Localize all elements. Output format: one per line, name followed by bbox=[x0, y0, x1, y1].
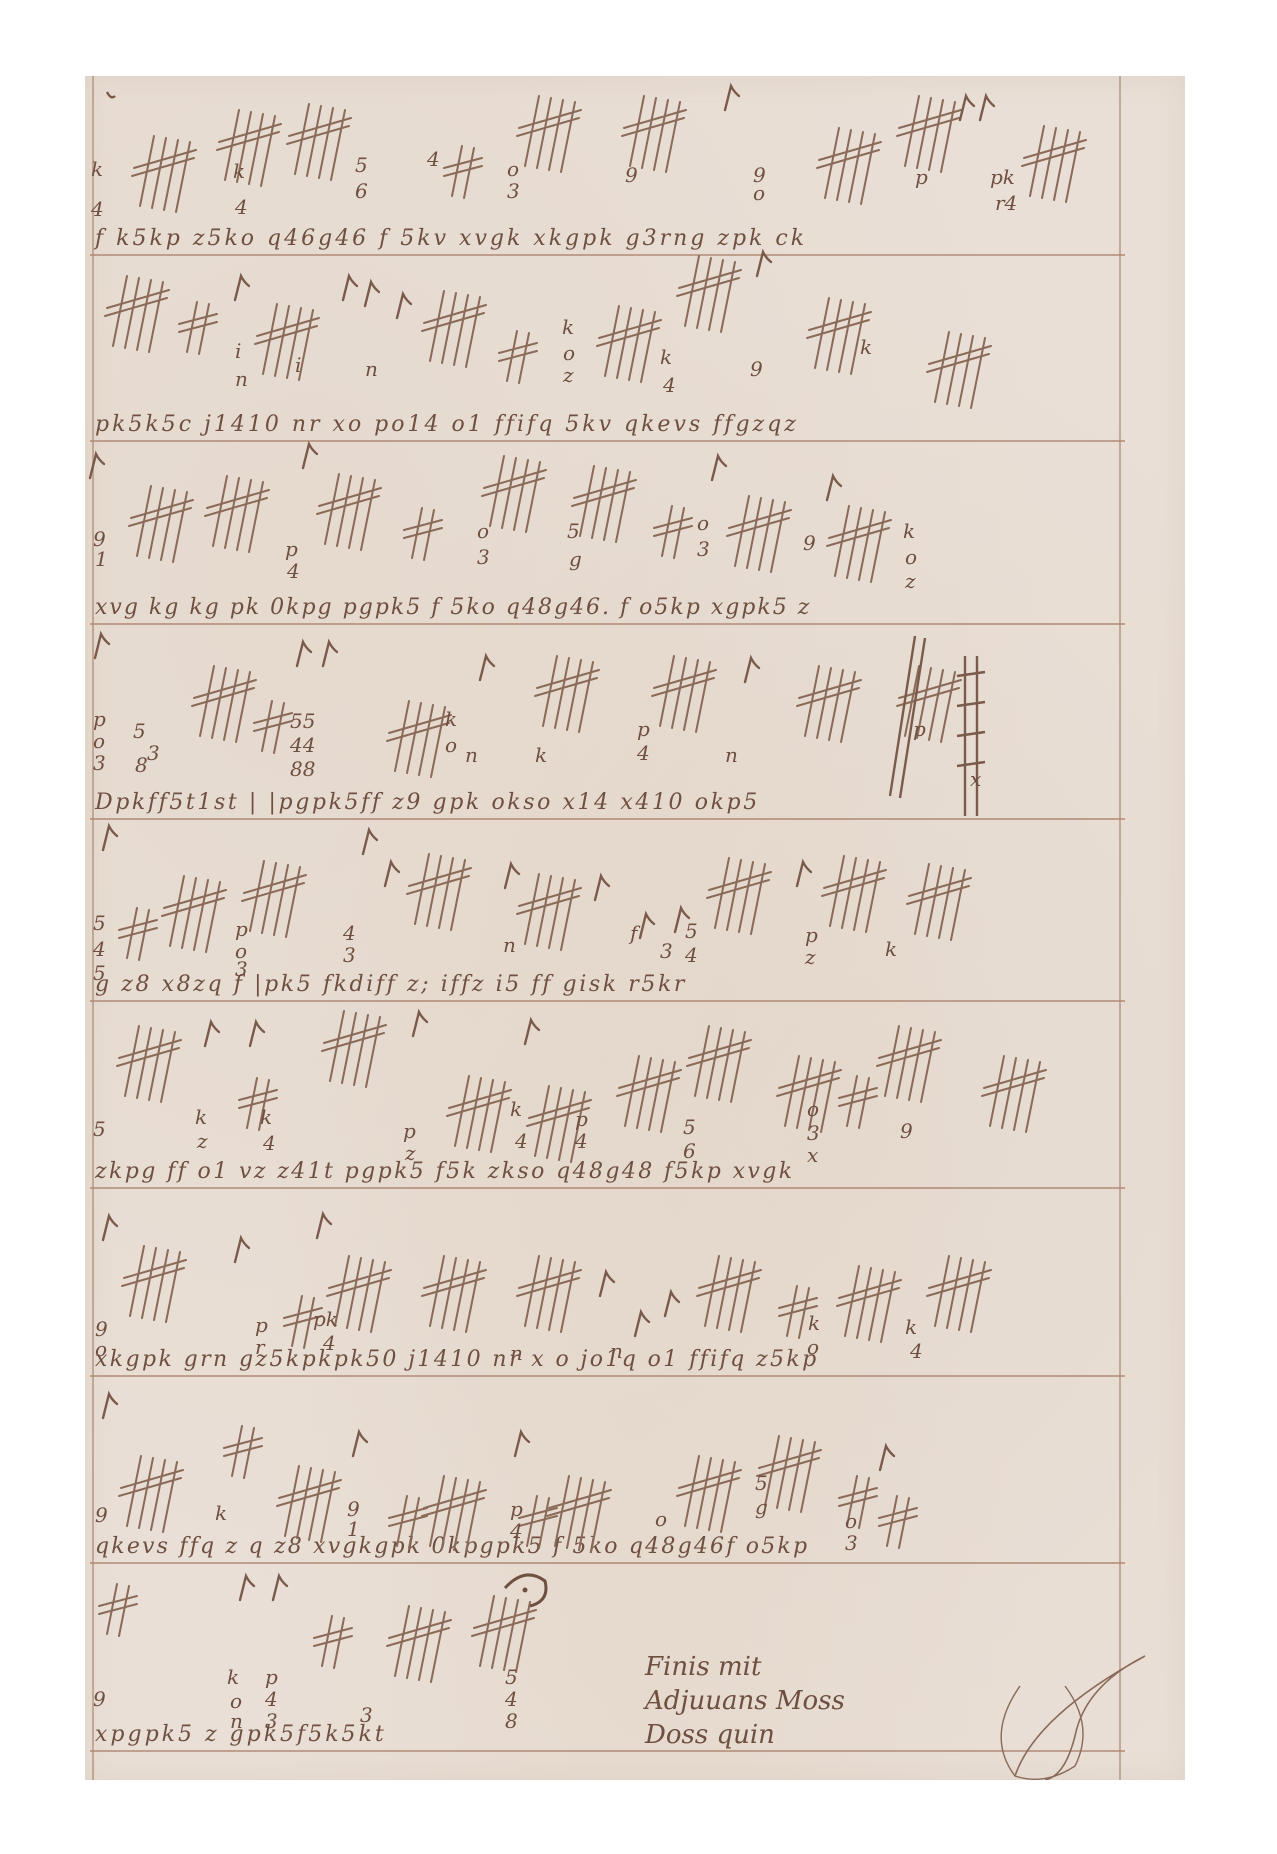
svg-text:z: z bbox=[562, 363, 574, 387]
svg-text:z: z bbox=[804, 945, 816, 969]
svg-text:x: x bbox=[970, 767, 981, 791]
svg-text:1: 1 bbox=[95, 547, 108, 571]
svg-text:o: o bbox=[477, 519, 489, 543]
manuscript-page: f k5kp z5ko q46g46 f 5kv xvgk xkgpk g3rn… bbox=[85, 76, 1185, 1780]
svg-text:z: z bbox=[904, 569, 916, 593]
system-2-flags: in i n koz k4 9 k bbox=[105, 252, 991, 408]
svg-text:r: r bbox=[255, 1335, 266, 1359]
svg-text:55: 55 bbox=[290, 709, 315, 733]
svg-text:5: 5 bbox=[683, 1115, 696, 1139]
svg-text:n: n bbox=[465, 743, 478, 767]
svg-text:n: n bbox=[725, 743, 738, 767]
svg-text:88: 88 bbox=[290, 757, 315, 781]
svg-text:k: k bbox=[860, 335, 872, 359]
svg-text:6: 6 bbox=[355, 179, 368, 203]
svg-text:z: z bbox=[196, 1129, 208, 1153]
svg-text:5: 5 bbox=[505, 1665, 518, 1689]
svg-text:9: 9 bbox=[803, 531, 816, 555]
svg-text:pk: pk bbox=[313, 1307, 338, 1331]
svg-text:p: p bbox=[913, 717, 926, 741]
svg-text:3: 3 bbox=[845, 1531, 858, 1555]
svg-text:5: 5 bbox=[133, 719, 146, 743]
colophon-line-2: Adjuuans Moss bbox=[645, 1684, 845, 1718]
svg-text:3: 3 bbox=[660, 939, 673, 963]
svg-text:n: n bbox=[503, 933, 516, 957]
svg-text:3: 3 bbox=[360, 1703, 373, 1727]
colophon-line-1: Finis mit bbox=[645, 1650, 845, 1684]
svg-text:x: x bbox=[807, 1143, 818, 1167]
svg-text:4: 4 bbox=[574, 1129, 588, 1153]
svg-text:k: k bbox=[233, 159, 245, 183]
svg-text:o: o bbox=[845, 1509, 857, 1533]
svg-text:4: 4 bbox=[684, 943, 698, 967]
svg-text:5: 5 bbox=[755, 1471, 768, 1495]
svg-text:5: 5 bbox=[93, 961, 106, 985]
svg-text:3: 3 bbox=[235, 957, 248, 981]
svg-text:4: 4 bbox=[636, 741, 650, 765]
svg-text:o: o bbox=[753, 181, 765, 205]
svg-text:k: k bbox=[227, 1665, 239, 1689]
system-5-flags: 545 po3 43 n f 354 pz k bbox=[92, 826, 971, 985]
svg-text:3: 3 bbox=[507, 179, 520, 203]
system-4-flags: po3 538 554488 kon k p4 n p x bbox=[93, 634, 985, 816]
svg-text:n: n bbox=[235, 367, 248, 391]
svg-text:o: o bbox=[95, 1337, 107, 1361]
system-3-flags: 91 p4 o3 5g o3 9 koz bbox=[90, 444, 917, 593]
svg-text:f: f bbox=[628, 921, 641, 945]
svg-text:5: 5 bbox=[355, 153, 368, 177]
svg-text:k: k bbox=[445, 707, 457, 731]
svg-text:o: o bbox=[507, 157, 519, 181]
svg-text:3: 3 bbox=[807, 1121, 820, 1145]
svg-text:n: n bbox=[610, 1339, 623, 1363]
svg-text:n: n bbox=[510, 1341, 523, 1365]
svg-text:4: 4 bbox=[286, 559, 300, 583]
system-9-flags: 9 kon p43 3 548 bbox=[93, 1575, 1145, 1780]
svg-text:k: k bbox=[660, 345, 672, 369]
svg-text:p: p bbox=[915, 165, 928, 189]
svg-text:p: p bbox=[637, 717, 650, 741]
svg-text:p: p bbox=[403, 1119, 416, 1143]
svg-text:z: z bbox=[404, 1141, 416, 1165]
system-8-flags: 9 k 91 p4 o 5g o3 bbox=[95, 1394, 917, 1555]
svg-text:k: k bbox=[260, 1105, 272, 1129]
svg-text:4: 4 bbox=[514, 1129, 528, 1153]
svg-text:k: k bbox=[535, 743, 547, 767]
svg-text:n: n bbox=[230, 1709, 243, 1733]
svg-text:k: k bbox=[562, 315, 574, 339]
svg-text:8: 8 bbox=[135, 753, 148, 777]
svg-text:r4: r4 bbox=[995, 191, 1017, 215]
svg-text:4: 4 bbox=[909, 1339, 923, 1363]
svg-text:p: p bbox=[575, 1107, 588, 1131]
svg-text:k: k bbox=[905, 1315, 917, 1339]
svg-text:k: k bbox=[885, 937, 897, 961]
svg-text:8: 8 bbox=[505, 1709, 518, 1733]
svg-text:g: g bbox=[569, 547, 582, 571]
svg-text:k: k bbox=[808, 1311, 820, 1335]
rhythm-flags-overlay: k4 k4 56 4 o3 9 9o p pkr4 bbox=[85, 76, 1185, 1780]
colophon-signature: Finis mit Adjuuans Moss Doss quin bbox=[645, 1650, 845, 1752]
svg-text:g: g bbox=[755, 1495, 768, 1519]
svg-text:3: 3 bbox=[265, 1709, 278, 1733]
svg-text:k: k bbox=[195, 1105, 207, 1129]
svg-text:p: p bbox=[255, 1313, 268, 1337]
svg-text:4: 4 bbox=[234, 195, 248, 219]
colophon-line-3: Doss quin bbox=[645, 1718, 845, 1752]
svg-text:4: 4 bbox=[504, 1687, 518, 1711]
system-6-flags: 5 kz k4 pz k4 p4 56 o3x 9 bbox=[93, 1011, 1046, 1167]
svg-text:k: k bbox=[510, 1097, 522, 1121]
svg-text:k: k bbox=[215, 1501, 227, 1525]
svg-text:4: 4 bbox=[262, 1131, 276, 1155]
svg-text:o: o bbox=[807, 1335, 819, 1359]
svg-text:4: 4 bbox=[509, 1519, 523, 1543]
svg-text:p: p bbox=[805, 923, 818, 947]
svg-text:o: o bbox=[655, 1507, 667, 1531]
svg-text:o: o bbox=[563, 341, 575, 365]
svg-text:1: 1 bbox=[347, 1517, 360, 1541]
svg-text:4: 4 bbox=[662, 373, 676, 397]
svg-text:i: i bbox=[295, 353, 301, 377]
svg-text:3: 3 bbox=[343, 943, 356, 967]
system-7-flags: 9o pr pk4 n n ko k4 bbox=[95, 1214, 991, 1365]
svg-text:4: 4 bbox=[342, 921, 356, 945]
svg-text:3: 3 bbox=[93, 751, 106, 775]
svg-text:i: i bbox=[235, 339, 241, 363]
svg-text:p: p bbox=[235, 917, 248, 941]
svg-text:pk: pk bbox=[990, 165, 1015, 189]
svg-text:o: o bbox=[905, 545, 917, 569]
svg-text:9: 9 bbox=[95, 1503, 108, 1527]
svg-text:5: 5 bbox=[567, 519, 580, 543]
svg-text:p: p bbox=[265, 1665, 278, 1689]
svg-text:p: p bbox=[93, 707, 106, 731]
svg-text:n: n bbox=[365, 357, 378, 381]
svg-text:o: o bbox=[445, 733, 457, 757]
svg-text:o: o bbox=[697, 511, 709, 535]
svg-text:3: 3 bbox=[147, 741, 160, 765]
svg-text:p: p bbox=[285, 537, 298, 561]
svg-text:4: 4 bbox=[92, 937, 106, 961]
svg-text:9: 9 bbox=[750, 357, 763, 381]
svg-text:3: 3 bbox=[697, 537, 710, 561]
system-1-flags: k4 k4 56 4 o3 9 9o p pkr4 bbox=[90, 86, 1086, 221]
svg-text:9: 9 bbox=[900, 1119, 913, 1143]
svg-text:44: 44 bbox=[289, 733, 315, 757]
svg-text:3: 3 bbox=[477, 545, 490, 569]
svg-text:6: 6 bbox=[683, 1139, 696, 1163]
svg-text:9: 9 bbox=[625, 163, 638, 187]
svg-text:p: p bbox=[510, 1497, 523, 1521]
svg-text:o: o bbox=[93, 729, 105, 753]
svg-text:9: 9 bbox=[93, 1687, 106, 1711]
svg-text:o: o bbox=[807, 1097, 819, 1121]
svg-text:k: k bbox=[91, 157, 103, 181]
svg-text:4: 4 bbox=[90, 197, 104, 221]
svg-text:4: 4 bbox=[322, 1331, 336, 1355]
svg-text:k: k bbox=[903, 519, 915, 543]
svg-text:4: 4 bbox=[426, 147, 440, 171]
svg-text:5: 5 bbox=[93, 1117, 106, 1141]
svg-text:5: 5 bbox=[93, 911, 106, 935]
svg-text:4: 4 bbox=[264, 1687, 278, 1711]
svg-text:5: 5 bbox=[685, 919, 698, 943]
